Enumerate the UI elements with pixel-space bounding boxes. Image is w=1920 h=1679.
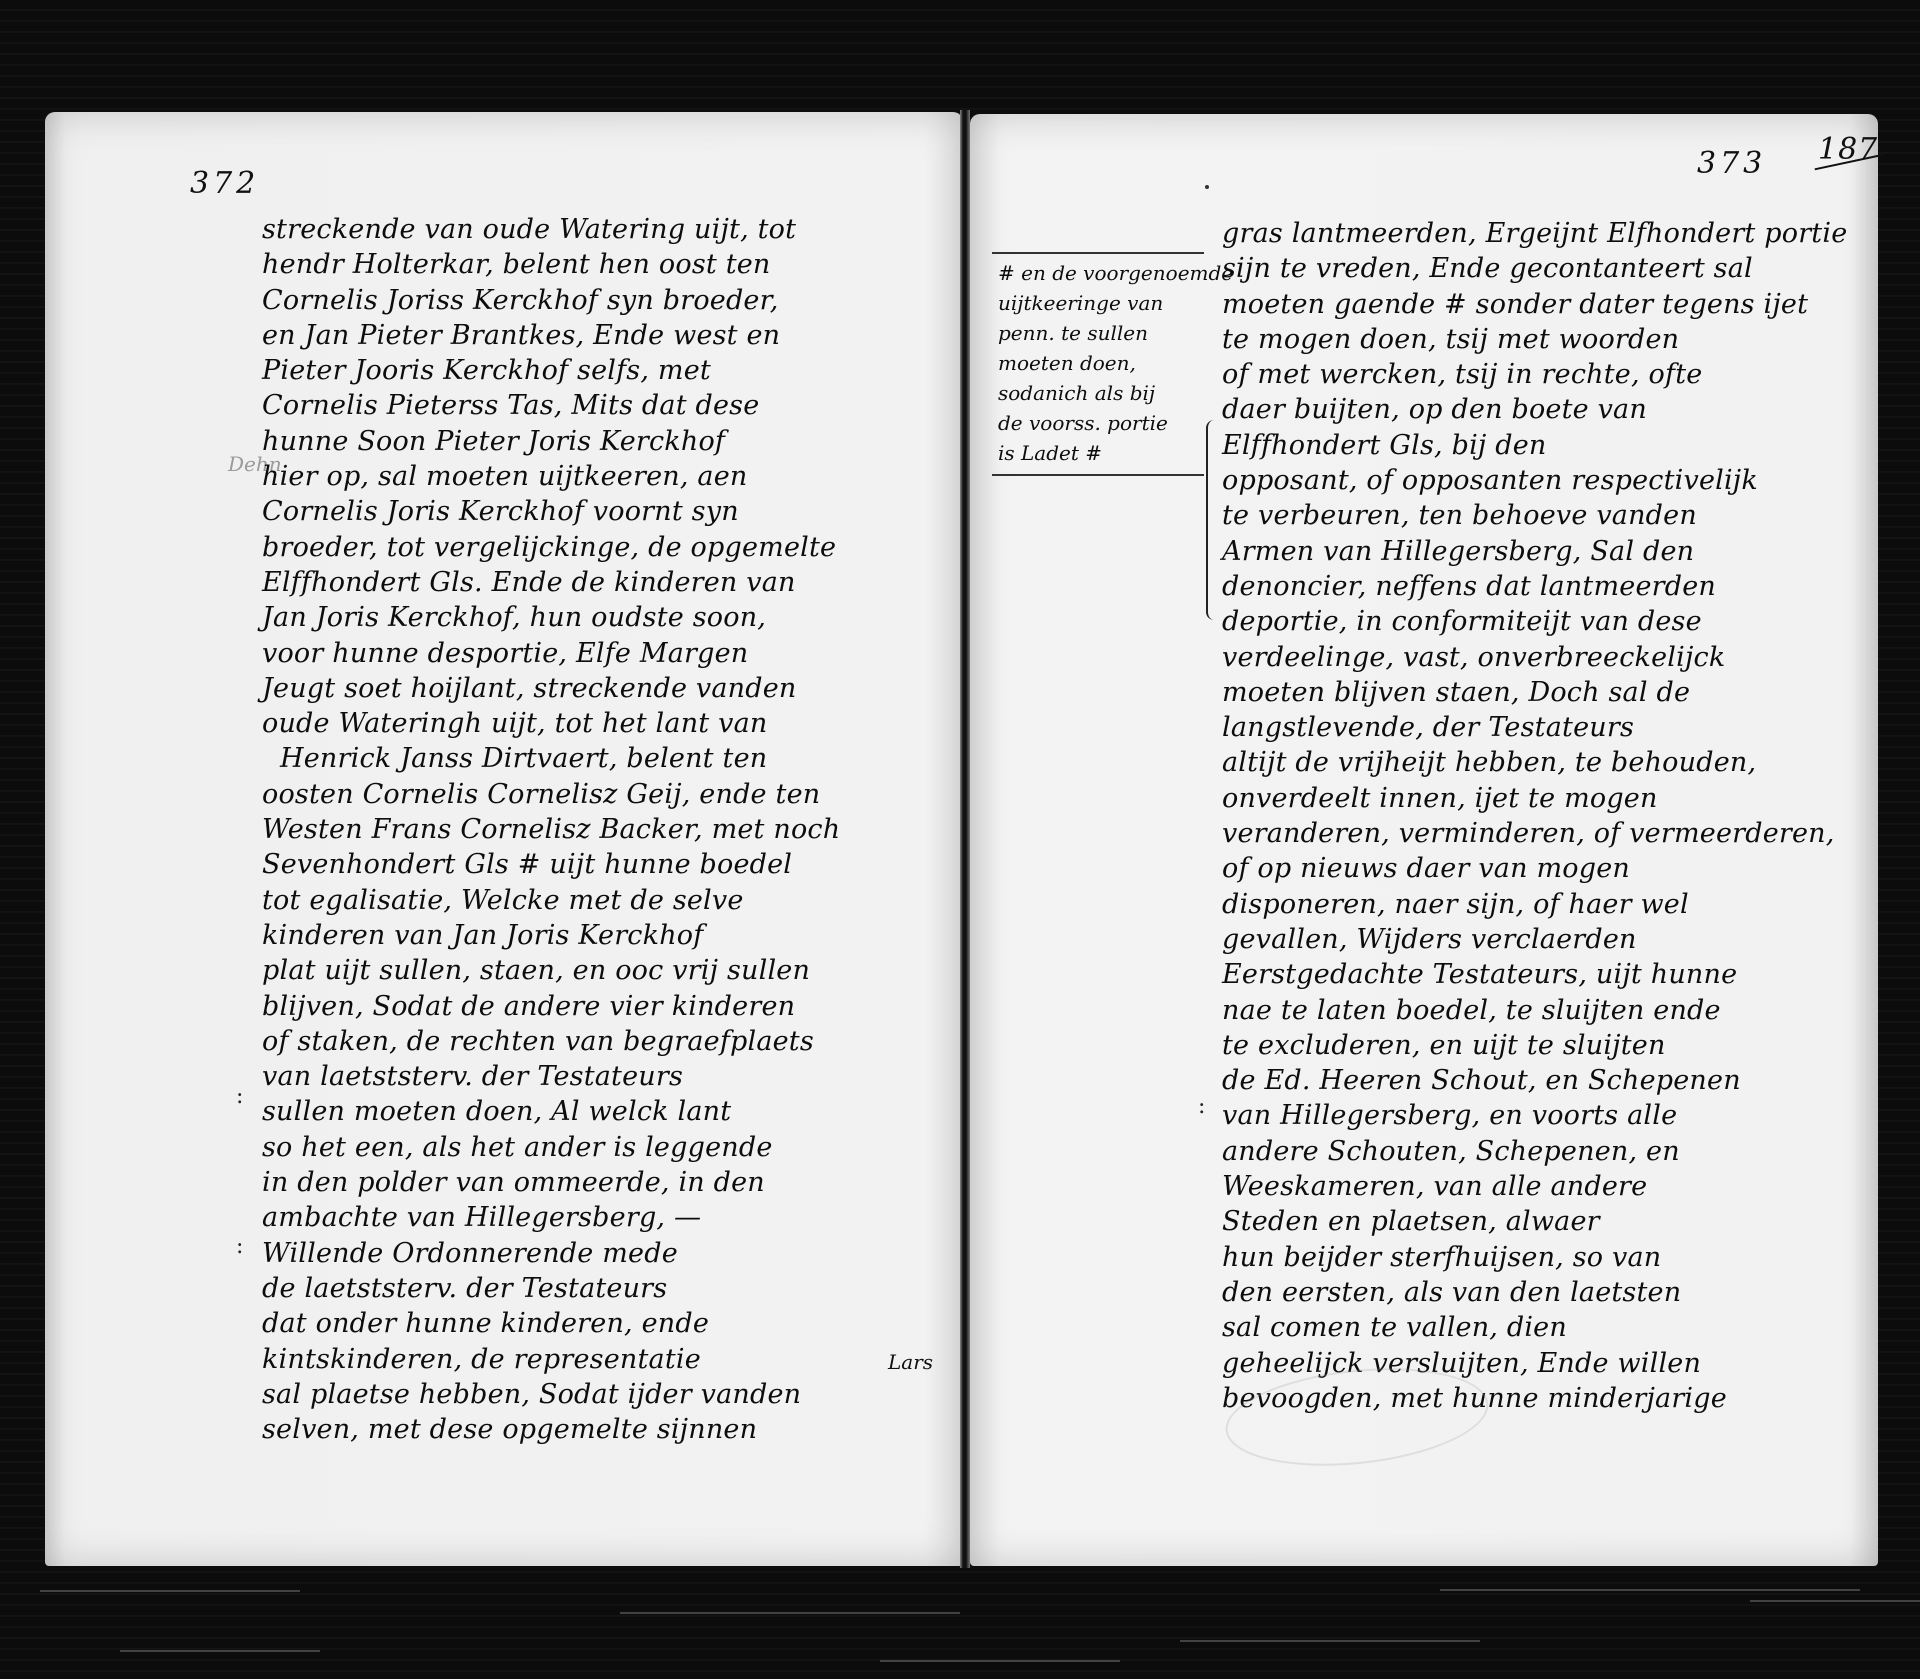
manuscript-line: gras lantmeerden, Ergeijnt Elfhondert po… (1222, 216, 1872, 251)
manuscript-line: de laetststerv. der Testateurs (262, 1271, 952, 1306)
manuscript-line: sal plaetse hebben, Sodat ijder vanden (262, 1377, 952, 1412)
manuscript-line: Elffhondert Gls, bij den (1222, 428, 1872, 463)
manuscript-line: deportie, in conformiteijt van dese (1222, 604, 1872, 639)
scan-streak (1440, 1589, 1860, 1591)
manuscript-line: Weeskameren, van alle andere (1222, 1169, 1872, 1204)
manuscript-line: onverdeelt innen, ijet te mogen (1222, 781, 1872, 816)
manuscript-line: altijt de vrijheijt hebben, te behouden, (1222, 745, 1872, 780)
manuscript-line: te verbeuren, ten behoeve vanden (1222, 498, 1872, 533)
manuscript-line: hunne Soon Pieter Joris Kerckhof (262, 424, 952, 459)
manuscript-line: de Ed. Heeren Schout, en Schepenen (1222, 1063, 1872, 1098)
manuscript-line: disponeren, naer sijn, of haer wel (1222, 887, 1872, 922)
manuscript-line: dat onder hunne kinderen, ende (262, 1306, 952, 1341)
manuscript-line: denoncier, neffens dat lantmeerden (1222, 569, 1872, 604)
manuscript-line: plat uijt sullen, staen, en ooc vrij sul… (262, 953, 952, 988)
manuscript-line: te excluderen, en uijt te sluijten (1222, 1028, 1872, 1063)
margin-colon-mark: : (236, 1084, 243, 1109)
manuscript-line: Elffhondert Gls. Ende de kinderen van (262, 565, 952, 600)
ink-dot (1205, 185, 1209, 189)
manuscript-line: veranderen, verminderen, of vermeerderen… (1222, 816, 1872, 851)
manuscript-line: van laetststerv. der Testateurs (262, 1059, 952, 1094)
manuscript-line: daer buijten, op den boete van (1222, 392, 1872, 427)
manuscript-line: selven, met dese opgemelte sijnnen (262, 1412, 952, 1447)
manuscript-line: Cornelis Joriss Kerckhof syn broeder, (262, 283, 952, 318)
margin-note-line: sodanich als bij (998, 378, 1204, 408)
manuscript-line: Jan Joris Kerckhof, hun oudste soon, (262, 600, 952, 635)
left-page-text: streckende van oude Watering uijt, tot h… (262, 212, 952, 1447)
manuscript-line: ambachte van Hillegersberg, — (262, 1200, 952, 1235)
margin-note-line: de voorss. portie (998, 408, 1204, 438)
manuscript-line: nae te laten boedel, te sluijten ende (1222, 993, 1872, 1028)
manuscript-line: den eersten, als van den laetsten (1222, 1275, 1872, 1310)
manuscript-line: sijn te vreden, Ende gecontanteert sal (1222, 251, 1872, 286)
manuscript-line: hun beijder sterfhuijsen, so van (1222, 1240, 1872, 1275)
book-gutter (960, 110, 970, 1568)
manuscript-line: en Jan Pieter Brantkes, Ende west en (262, 318, 952, 353)
scan-streak (1180, 1640, 1480, 1642)
margin-note-line: is Ladet # (998, 438, 1204, 468)
manuscript-line: hier op, sal moeten uijtkeeren, aen (262, 459, 952, 494)
manuscript-line: van Hillegersberg, en voorts alle (1222, 1098, 1872, 1133)
manuscript-line: opposant, of opposanten respectivelijk (1222, 463, 1872, 498)
manuscript-line: gevallen, Wijders verclaerden (1222, 922, 1872, 957)
manuscript-line: of staken, de rechten van begraefplaets (262, 1024, 952, 1059)
left-folio-number: 372 (190, 166, 259, 201)
manuscript-line: streckende van oude Watering uijt, tot (262, 212, 952, 247)
manuscript-line: broeder, tot vergelijckinge, de opgemelt… (262, 530, 952, 565)
scan-streak (620, 1612, 960, 1614)
manuscript-line: hendr Holterkar, belent hen oost ten (262, 247, 952, 282)
margin-note-line: penn. te sullen (998, 318, 1204, 348)
manuscript-line: Willende Ordonnerende mede (262, 1236, 952, 1271)
scan-streak (40, 1590, 300, 1592)
manuscript-line: Steden en plaetsen, alwaer (1222, 1204, 1872, 1239)
manuscript-line: Sevenhondert Gls # uijt hunne boedel (262, 847, 952, 882)
manuscript-line: Pieter Jooris Kerckhof selfs, met (262, 353, 952, 388)
manuscript-line: kinderen van Jan Joris Kerckhof (262, 918, 952, 953)
manuscript-line: so het een, als het ander is leggende (262, 1130, 952, 1165)
margin-note-line: moeten doen, (998, 348, 1204, 378)
manuscript-line: sal comen te vallen, dien (1222, 1310, 1872, 1345)
manuscript-line: of met wercken, tsij in rechte, ofte (1222, 357, 1872, 392)
manuscript-line: kintskinderen, de representatie (262, 1342, 952, 1377)
right-folio-number: 373 (1697, 146, 1766, 181)
manuscript-line: Cornelis Pieterss Tas, Mits dat dese (262, 388, 952, 423)
manuscript-line: moeten gaende # sonder dater tegens ijet (1222, 287, 1872, 322)
manuscript-line: of op nieuws daer van mogen (1222, 851, 1872, 886)
manuscript-line: blijven, Sodat de andere vier kinderen (262, 989, 952, 1024)
manuscript-line: Eerstgedachte Testateurs, uijt hunne (1222, 957, 1872, 992)
catchword: Lars (888, 1350, 933, 1374)
scan-streak (1750, 1600, 1920, 1602)
manuscript-line: Cornelis Joris Kerckhof voornt syn (262, 494, 952, 529)
bracket-mark (1206, 420, 1218, 620)
manuscript-line: Westen Frans Cornelisz Backer, met noch (262, 812, 952, 847)
manuscript-line: verdeelinge, vast, onverbreeckelijck (1222, 640, 1872, 675)
margin-annotation-box: # en de voorgenoemde uijtkeeringe van pe… (992, 252, 1204, 476)
manuscript-line: andere Schouten, Schepenen, en (1222, 1134, 1872, 1169)
manuscript-line: Armen van Hillegersberg, Sal den (1222, 534, 1872, 569)
manuscript-line: tot egalisatie, Welcke met de selve (262, 883, 952, 918)
manuscript-line: moeten blijven staen, Doch sal de (1222, 675, 1872, 710)
manuscript-line: Jeugt soet hoijlant, streckende vanden (262, 671, 952, 706)
margin-colon-mark: : (236, 1234, 243, 1259)
margin-colon-mark: : (1198, 1094, 1205, 1119)
manuscript-line: oosten Cornelis Cornelisz Geij, ende ten (262, 777, 952, 812)
margin-note-line: # en de voorgenoemde (998, 258, 1204, 288)
manuscript-line: oude Wateringh uijt, tot het lant van (262, 706, 952, 741)
right-page-text: gras lantmeerden, Ergeijnt Elfhondert po… (1222, 216, 1872, 1416)
manuscript-line: in den polder van ommeerde, in den (262, 1165, 952, 1200)
manuscript-line: sullen moeten doen, Al welck lant (262, 1094, 952, 1129)
margin-note-line: uijtkeeringe van (998, 288, 1204, 318)
manuscript-line: te mogen doen, tsij met woorden (1222, 322, 1872, 357)
manuscript-line: voor hunne desportie, Elfe Margen (262, 636, 952, 671)
manuscript-line: Henrick Janss Dirtvaert, belent ten (262, 741, 952, 776)
scan-streak (880, 1660, 1120, 1662)
manuscript-line: langstlevende, der Testateurs (1222, 710, 1872, 745)
foliation-stamp: 187 (1818, 132, 1878, 167)
scan-streak (120, 1650, 320, 1652)
